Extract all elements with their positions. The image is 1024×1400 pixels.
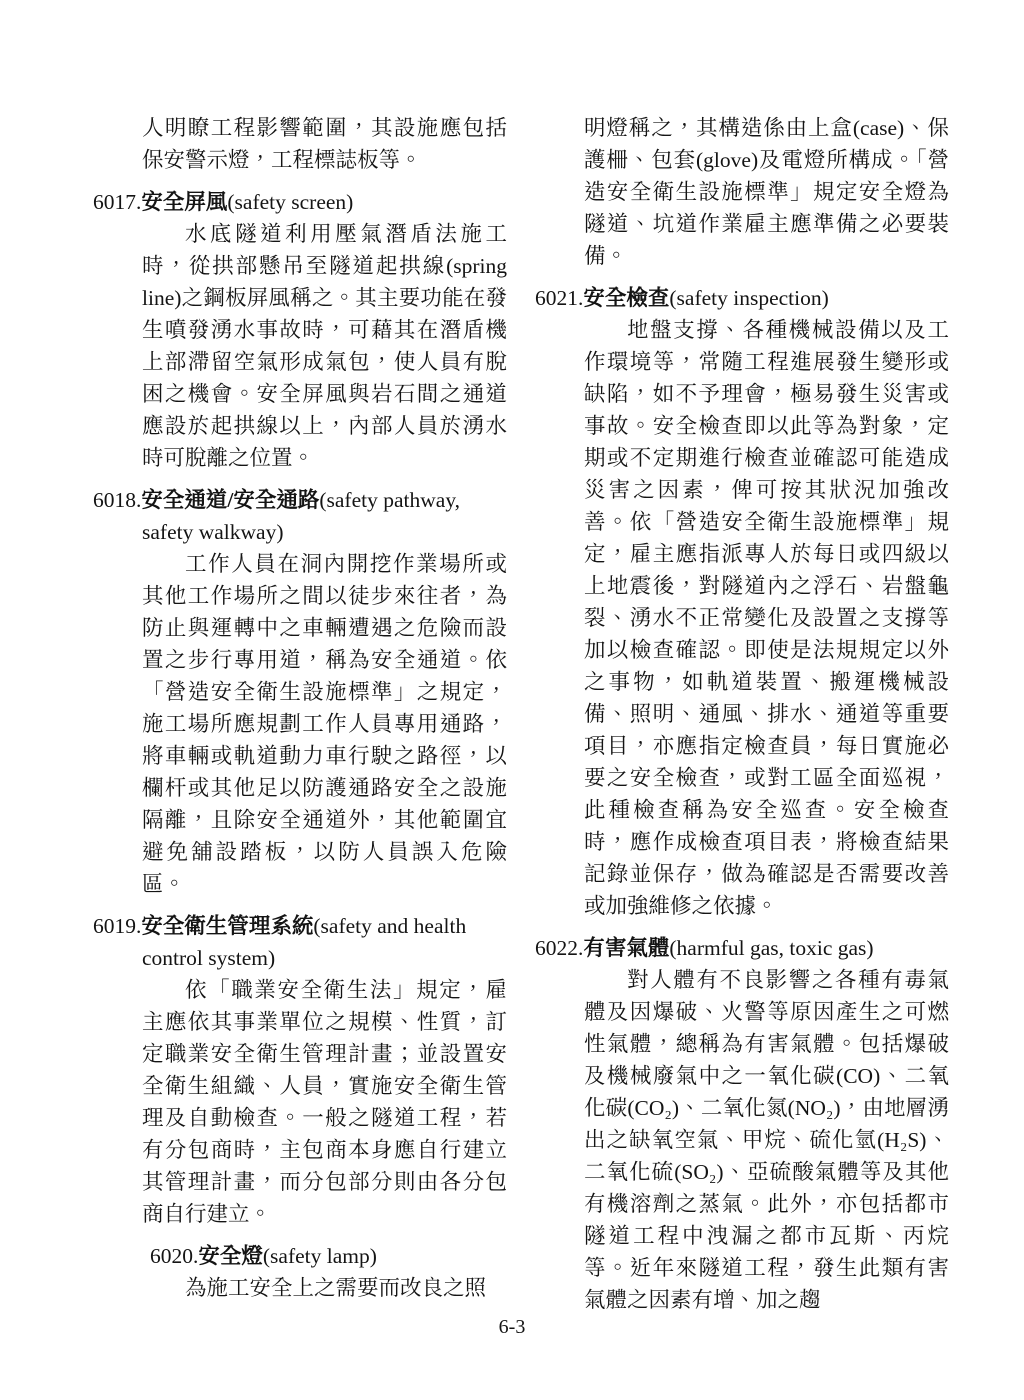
entry-heading: 6017.安全屏風(safety screen) <box>93 186 507 218</box>
entry-body: 地盤支撐、各種機械設備以及工作環境等，常隨工程進展發生變形或缺陷，如不予理會，極… <box>584 314 949 922</box>
entry-term: 安全屏風 <box>141 190 227 214</box>
entry-english-gloss: (safety inspection) <box>669 286 828 310</box>
glossary-entry-6022: 6022.有害氣體(harmful gas, toxic gas) 對人體有不良… <box>535 932 949 1316</box>
entry-term: 有害氣體 <box>583 936 669 960</box>
glossary-entry-6020: 6020.安全燈(safety lamp) 為施工安全上之需要而改良之照 <box>93 1240 507 1304</box>
entry-term: 安全通道/安全通路 <box>141 488 319 512</box>
glossary-entry-6018: 6018.安全通道/安全通路(safety pathway, safety wa… <box>93 484 507 900</box>
entry-english-gloss: (safety lamp) <box>263 1244 377 1268</box>
entry-english-gloss: (harmful gas, toxic gas) <box>669 936 873 960</box>
entry-term: 安全衛生管理系統 <box>141 914 313 938</box>
continuation-paragraph: 人明瞭工程影響範圍，其設施應包括保安警示燈，工程標誌板等。 <box>142 112 507 176</box>
entry-heading: 6020.安全燈(safety lamp) <box>150 1240 507 1272</box>
entry-term: 安全燈 <box>198 1244 263 1268</box>
entry-body: 對人體有不良影響之各種有毒氣體及因爆破、火警等原因產生之可燃性氣體，總稱為有害氣… <box>584 964 949 1316</box>
column-left: 人明瞭工程影響範圍，其設施應包括保安警示燈，工程標誌板等。 6017.安全屏風(… <box>93 112 507 1304</box>
entry-number: 6018. <box>93 488 141 512</box>
entry-number: 6022. <box>535 936 583 960</box>
glossary-entry-6019: 6019.安全衛生管理系統(safety and health control … <box>93 910 507 1230</box>
column-right: 明燈稱之，其構造係由上盒(case)、保護柵、包套(glove)及電燈所構成。「… <box>535 112 949 1316</box>
entry-heading: 6021.安全檢查(safety inspection) <box>535 282 949 314</box>
entry-number: 6020. <box>150 1244 198 1268</box>
entry-body: 工作人員在洞內開挖作業場所或其他工作場所之間以徒步來往者，為防止與運轉中之車輛遭… <box>142 548 507 900</box>
entry-number: 6021. <box>535 286 583 310</box>
glossary-entry-6021: 6021.安全檢查(safety inspection) 地盤支撐、各種機械設備… <box>535 282 949 922</box>
glossary-page: 人明瞭工程影響範圍，其設施應包括保安警示燈，工程標誌板等。 6017.安全屏風(… <box>0 0 1024 1400</box>
entry-body: 為施工安全上之需要而改良之照 <box>142 1272 507 1304</box>
glossary-entry-6017: 6017.安全屏風(safety screen) 水底隧道利用壓氣潛盾法施工時，… <box>93 186 507 474</box>
entry-body: 依「職業安全衛生法」規定，雇主應依其事業單位之規模、性質，訂定職業安全衛生管理計… <box>142 974 507 1230</box>
entry-number: 6017. <box>93 190 141 214</box>
entry-term: 安全檢查 <box>583 286 669 310</box>
entry-heading: 6019.安全衛生管理系統(safety and health control … <box>93 910 507 974</box>
entry-number: 6019. <box>93 914 141 938</box>
entry-english-gloss: (safety screen) <box>227 190 353 214</box>
entry-heading: 6018.安全通道/安全通路(safety pathway, safety wa… <box>93 484 507 548</box>
entry-body: 水底隧道利用壓氣潛盾法施工時，從拱部懸吊至隧道起拱線(spring line)之… <box>142 218 507 474</box>
continuation-paragraph: 明燈稱之，其構造係由上盒(case)、保護柵、包套(glove)及電燈所構成。「… <box>584 112 949 272</box>
page-number: 6-3 <box>0 1314 1024 1340</box>
entry-heading: 6022.有害氣體(harmful gas, toxic gas) <box>535 932 949 964</box>
